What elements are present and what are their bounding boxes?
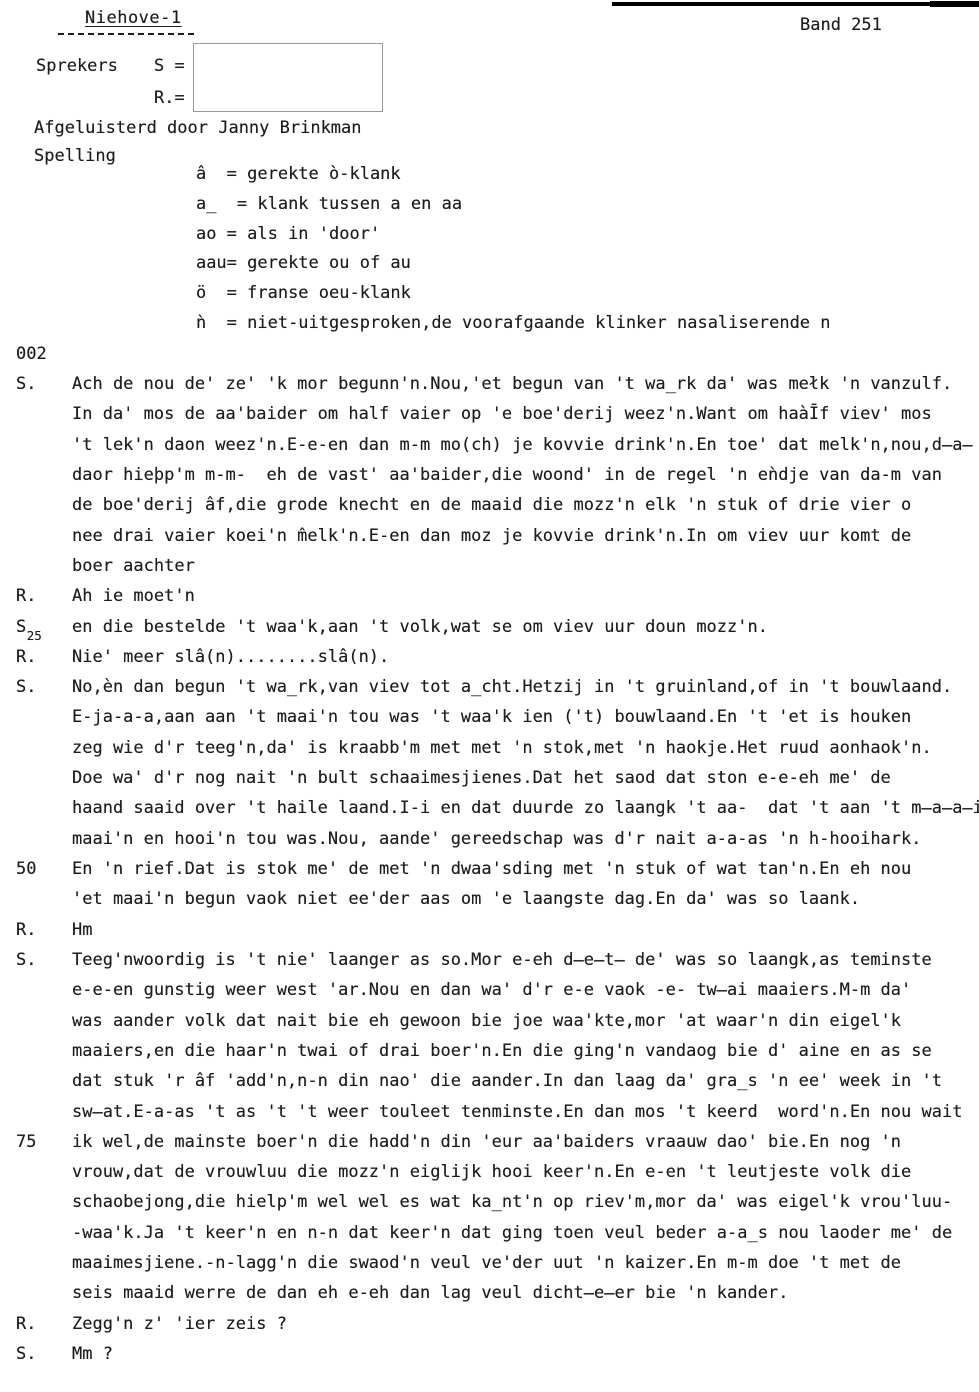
transcript-row: 50 En 'n rief.Dat is stok me' de met 'n … <box>0 859 979 889</box>
transcript-text: e-e-en gunstig weer west 'ar.Nou en dan … <box>72 980 911 1000</box>
transcript-text: Mm ? <box>72 1344 113 1364</box>
transcript-row: E-ja-a-a,aan aan 't maai'n tou was 't wa… <box>0 707 979 737</box>
transcript-row: R. Hm <box>0 920 979 950</box>
transcript-text: -waa'k.Ja 't keer'n en n-n dat keer'n da… <box>72 1223 952 1243</box>
transcript-row: S. Mm ? <box>0 1344 979 1374</box>
speaker-letter: S. <box>16 374 36 394</box>
transcript-text: maaimesjiene.-n-lagg'n die swaod'n veul … <box>72 1253 901 1273</box>
transcript-row: R. Ah ie moet'n <box>0 586 979 616</box>
transcript-text: In da' mos de aa'baider om half vaier op… <box>72 404 932 424</box>
transcript-row: haand saaid over 't haile laand.I-i en d… <box>0 798 979 828</box>
speaker-margin-label: S. <box>16 950 36 970</box>
legend-row-text: ö = franse oeu-klank <box>196 283 411 303</box>
transcript-row: R. Zegg'n z' 'ier zeis ? <box>0 1314 979 1344</box>
sprekers-label: Sprekers <box>36 56 118 76</box>
transcript-row: was aander volk dat nait bie eh gewoon b… <box>0 1011 979 1041</box>
speaker-margin-label: R. <box>16 647 36 667</box>
speaker-letter: S. <box>16 677 36 697</box>
legend-row-text: ǹ = niet-uitgesproken,de voorafgaande kl… <box>196 313 831 333</box>
transcript-text: maai'n en hooi'n tou was.Nou, aande' ger… <box>72 829 922 849</box>
speaker-margin-label: S. <box>16 677 36 697</box>
transcript-row: dat stuk 'r âf 'add'n,n-n din nao' die a… <box>0 1071 979 1101</box>
transcript-text: Ah ie moet'n <box>72 586 195 606</box>
transcript-row: In da' mos de aa'baider om half vaier op… <box>0 404 979 434</box>
transcript-row: -waa'k.Ja 't keer'n en n-n dat keer'n da… <box>0 1223 979 1253</box>
speaker-letter: S <box>16 617 26 637</box>
transcript-row: S. No,èn dan begun 't wa̲rk,van viev tot… <box>0 677 979 707</box>
transcript-row: maai'n en hooi'n tou was.Nou, aande' ger… <box>0 829 979 859</box>
transcript-text: en die bestelde 't waa'k,aan 't volk,wat… <box>72 617 768 637</box>
transcript-row: S25 en die bestelde 't waa'k,aan 't volk… <box>0 617 979 647</box>
transcript-row: schaobejong,die hielp'm wel wel es wat k… <box>0 1192 979 1222</box>
transcript-row: 'et maai'n begun vaok niet ee'der aas om… <box>0 889 979 919</box>
transcript-text: No,èn dan begun 't wa̲rk,van viev tot a̲… <box>72 677 952 697</box>
speaker-margin-label: 75 <box>16 1132 36 1152</box>
transcript-text: Ach de nou de' ze' 'k mor begunn'n.Nou,'… <box>72 374 952 394</box>
speaker-letter: R. <box>16 920 36 940</box>
scan-artifact-bar <box>612 2 979 6</box>
transcript-row: S. Ach de nou de' ze' 'k mor begunn'n.No… <box>0 374 979 404</box>
speaker-margin-label: 50 <box>16 859 36 879</box>
transcript-text: sw̶at.E-a-as 't as 't 't weer touleet te… <box>72 1102 962 1122</box>
transcript-text: zeg wie d'r teeg'n,da' is kraabb'm met m… <box>72 738 932 758</box>
speaker-margin-label: S. <box>16 374 36 394</box>
transcript-row: maaiers,en die haar'n twai of drai boer'… <box>0 1041 979 1071</box>
transcript-row: Doe wa' d'r nog nait 'n bult schaaimesji… <box>0 768 979 798</box>
transcript-text: vrouw,dat de vrouwluu die mozz'n eiglijk… <box>72 1162 911 1182</box>
legend-row-text: aau= gerekte ou of au <box>196 253 411 273</box>
transcript-row: 't lek'n daon weez'n.E-e-en dan m-m mo(c… <box>0 435 979 465</box>
transcript: S. Ach de nou de' ze' 'k mor begunn'n.No… <box>0 374 979 1374</box>
speaker-margin-label: R. <box>16 920 36 940</box>
transcript-row: R. Nie' meer slâ(n)........slâ(n). <box>0 647 979 677</box>
transcript-text: Zegg'n z' 'ier zeis ? <box>72 1314 287 1334</box>
legend-row-text: ao = als in 'door' <box>196 224 380 244</box>
transcript-row: vrouw,dat de vrouwluu die mozz'n eiglijk… <box>0 1162 979 1192</box>
speaker-r-label: R.= <box>154 88 185 108</box>
legend-row-text: a̲ = klank tussen a en aa <box>196 194 462 214</box>
transcript-row: boer aachter <box>0 556 979 586</box>
transcript-row: de boe'derij âf,die grode knecht en de m… <box>0 495 979 525</box>
transcript-text: dat stuk 'r âf 'add'n,n-n din nao' die a… <box>72 1071 942 1091</box>
transcript-row: seis maaid werre de dan eh e-eh dan lag … <box>0 1283 979 1313</box>
speaker-letter: S. <box>16 950 36 970</box>
speaker-margin-label: R. <box>16 1314 36 1334</box>
transcript-text: nee drai vaier koei'n m̂elk'n.E-en dan m… <box>72 526 911 546</box>
transcript-text: ik wel,de mainste boer'n die hadd'n din … <box>72 1132 901 1152</box>
title-dashed-underline <box>58 33 194 35</box>
transcript-text: haand saaid over 't haile laand.I-i en d… <box>72 798 979 818</box>
speaker-margin-label: R. <box>16 586 36 606</box>
transcript-row: maaimesjiene.-n-lagg'n die swaod'n veul … <box>0 1253 979 1283</box>
transcript-row: sw̶at.E-a-as 't as 't 't weer touleet te… <box>0 1102 979 1132</box>
speaker-letter: R. <box>16 647 36 667</box>
transcript-text: boer aachter <box>72 556 195 576</box>
transcript-text: Doe wa' d'r nog nait 'n bult schaaimesji… <box>72 768 891 788</box>
band-label: Band 251 <box>800 15 882 35</box>
speaker-letter: 50 <box>16 859 36 879</box>
transcript-text: daor hieþp'm m-m- eh de vast' aa'baider,… <box>72 465 942 485</box>
page-title: Niehove-1 <box>85 8 182 28</box>
transcript-text: Hm <box>72 920 92 940</box>
transcript-text: de boe'derij âf,die grode knecht en de m… <box>72 495 911 515</box>
redaction-box <box>193 43 383 112</box>
spelling-label: Spelling <box>34 146 116 166</box>
transcript-text: maaiers,en die haar'n twai of drai boer'… <box>72 1041 932 1061</box>
transcript-row: nee drai vaier koei'n m̂elk'n.E-en dan m… <box>0 526 979 556</box>
speaker-letter: R. <box>16 586 36 606</box>
transcript-text: seis maaid werre de dan eh e-eh dan lag … <box>72 1283 788 1303</box>
transcript-row: daor hieþp'm m-m- eh de vast' aa'baider,… <box>0 465 979 495</box>
speaker-margin-label: S. <box>16 1344 36 1364</box>
transcript-text: Teeg'nwoordig is 't nie' laanger as so.M… <box>72 950 932 970</box>
legend-row-text: â = gerekte ò-klank <box>196 164 401 184</box>
transcript-text: Nie' meer slâ(n)........slâ(n). <box>72 647 389 667</box>
speaker-letter: 75 <box>16 1132 36 1152</box>
line-number-subscript: 25 <box>27 628 42 643</box>
afgeluisterd-line: Afgeluisterd door Janny Brinkman <box>34 118 362 138</box>
speaker-margin-label: S25 <box>16 617 41 637</box>
transcript-row: S. Teeg'nwoordig is 't nie' laanger as s… <box>0 950 979 980</box>
section-number: 002 <box>16 344 47 364</box>
transcript-row: 75 ik wel,de mainste boer'n die hadd'n d… <box>0 1132 979 1162</box>
transcript-row: zeg wie d'r teeg'n,da' is kraabb'm met m… <box>0 738 979 768</box>
transcript-text: En 'n rief.Dat is stok me' de met 'n dwa… <box>72 859 911 879</box>
speaker-s-label: S = <box>154 56 185 76</box>
legend-row: â = gerekte ò-klank <box>155 144 831 174</box>
speaker-letter: S. <box>16 1344 36 1364</box>
transcript-text: schaobejong,die hielp'm wel wel es wat k… <box>72 1192 952 1212</box>
transcript-text: 'et maai'n begun vaok niet ee'der aas om… <box>72 889 860 909</box>
transcript-text: E-ja-a-a,aan aan 't maai'n tou was 't wa… <box>72 707 911 727</box>
transcript-text: was aander volk dat nait bie eh gewoon b… <box>72 1011 901 1031</box>
scan-artifact-bar-tail <box>930 1 979 7</box>
document-page: { "page": { "title": "Niehove-1", "band_… <box>0 0 979 1392</box>
transcript-text: 't lek'n daon weez'n.E-e-en dan m-m mo(c… <box>72 435 973 455</box>
speaker-letter: R. <box>16 1314 36 1334</box>
spelling-legend: â = gerekte ò-klank a̲ = klank tussen a … <box>155 144 831 323</box>
transcript-row: e-e-en gunstig weer west 'ar.Nou en dan … <box>0 980 979 1010</box>
